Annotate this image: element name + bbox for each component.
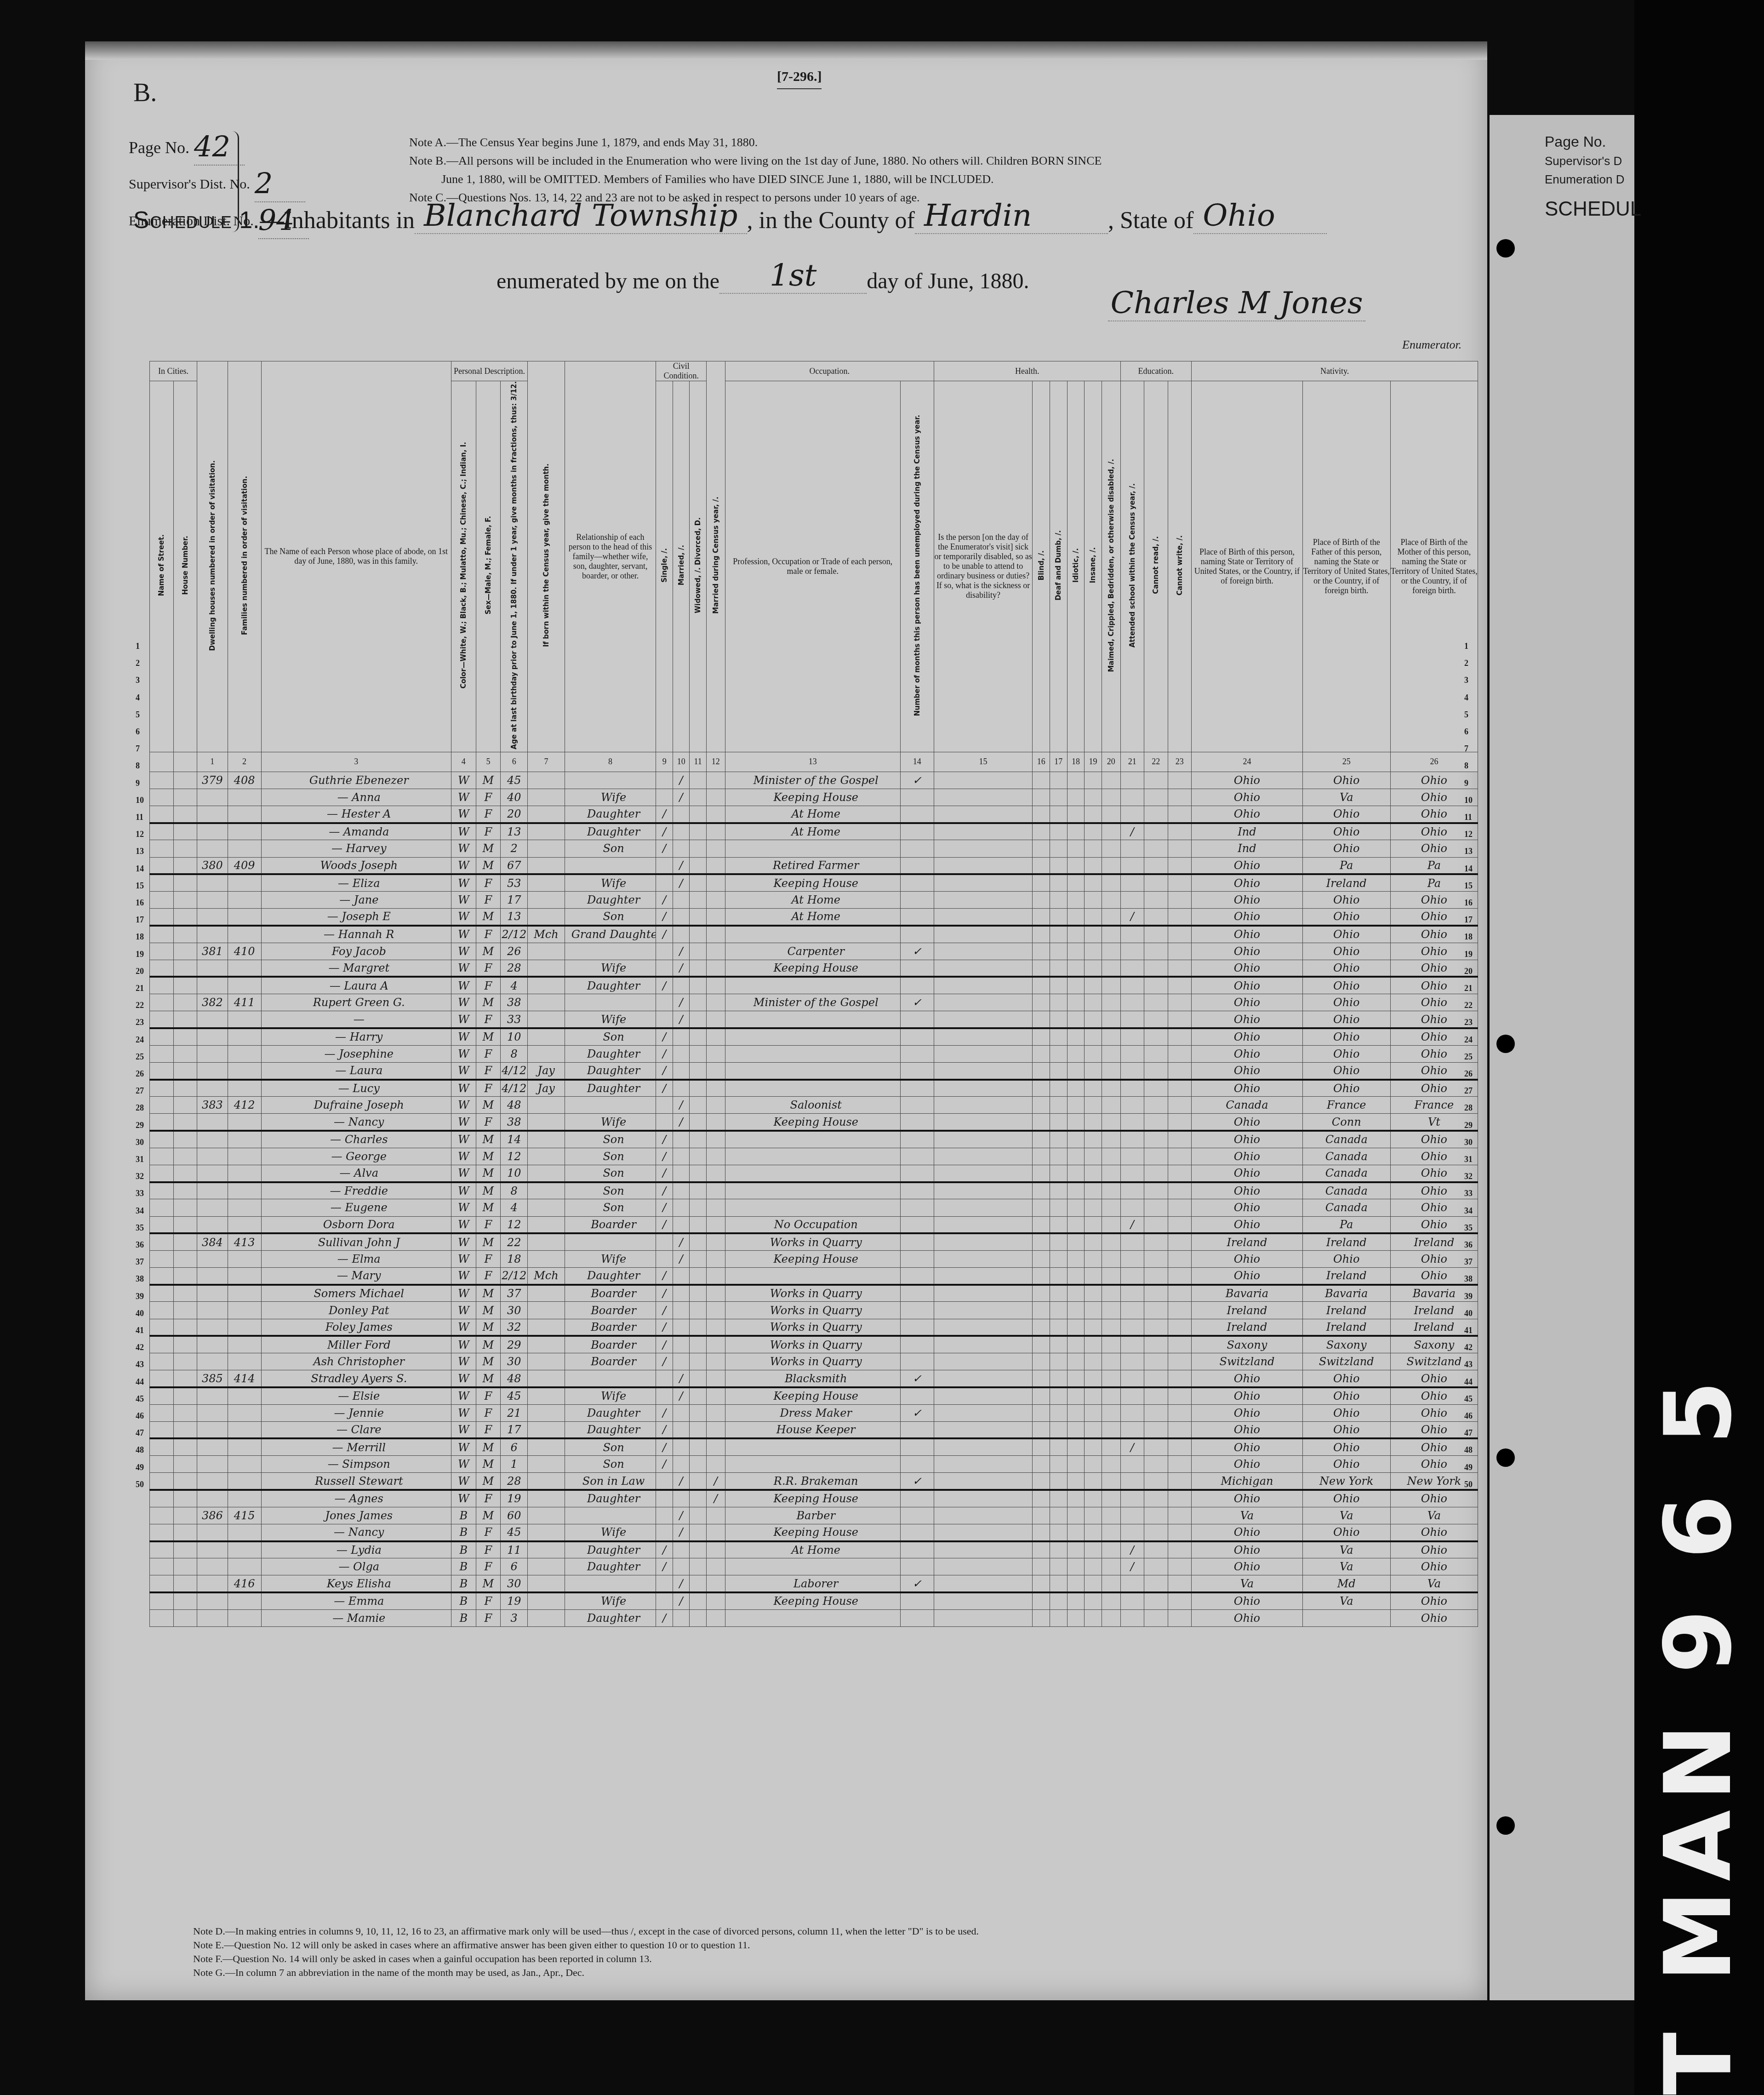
dwelling-number: 379 — [197, 772, 228, 789]
months-unemployed — [900, 1097, 934, 1114]
maimed-mark — [1102, 1456, 1120, 1473]
maimed-mark — [1102, 1336, 1120, 1353]
sex-code: M — [476, 1319, 501, 1336]
person-name: — Elma — [261, 1250, 451, 1267]
occupation: Saloonist — [725, 1097, 900, 1114]
street-cell — [150, 1080, 174, 1097]
birth-month — [528, 1575, 565, 1592]
birthplace-person: Bavaria — [1192, 1285, 1303, 1302]
married-mark: / — [673, 994, 690, 1011]
street-cell — [150, 1182, 174, 1199]
occupation: Works in Quarry — [725, 1302, 900, 1319]
maimed-mark — [1102, 926, 1120, 943]
single-mark — [656, 1114, 673, 1131]
cannot-write-mark — [1168, 1097, 1192, 1114]
birthplace-person: Ohio — [1192, 1592, 1303, 1609]
insane-mark — [1085, 789, 1102, 806]
line-number: 13 — [136, 847, 144, 856]
widowed-mark — [690, 1319, 707, 1336]
person-name: — Anna — [261, 789, 451, 806]
insane-mark — [1085, 1490, 1102, 1507]
person-name: Foley James — [261, 1319, 451, 1336]
school-mark — [1120, 1285, 1144, 1302]
line-number: 19 — [1464, 950, 1473, 959]
family-number — [228, 1285, 261, 1302]
months-unemployed — [900, 1285, 934, 1302]
dwelling-number: 380 — [197, 857, 228, 874]
table-row: — ElizaWF53Wife/Keeping HouseOhioIreland… — [150, 874, 1478, 891]
line-number: 14 — [136, 864, 144, 874]
sex-code: M — [476, 1575, 501, 1592]
birthplace-father: Saxony — [1302, 1336, 1390, 1353]
sex-code: F — [476, 1490, 501, 1507]
relationship: Son — [565, 1028, 656, 1045]
school-mark — [1120, 1268, 1144, 1285]
age-value: 14 — [501, 1131, 528, 1148]
column-number: 7 — [528, 752, 565, 772]
house-cell — [173, 1575, 197, 1592]
months-unemployed — [900, 857, 934, 874]
street-cell — [150, 1592, 174, 1609]
birthplace-person: Va — [1192, 1507, 1303, 1524]
cannot-write-mark — [1168, 840, 1192, 857]
adjacent-schedule-label: SCHEDUL — [1545, 198, 1641, 221]
house-cell — [173, 1097, 197, 1114]
idiotic-mark — [1067, 960, 1085, 977]
age-value: 6 — [501, 1558, 528, 1575]
birthplace-person: Ohio — [1192, 1028, 1303, 1045]
line-number: 44 — [1464, 1377, 1473, 1387]
column-number: 3 — [261, 752, 451, 772]
relationship: Wife — [565, 1011, 656, 1028]
microfilm-id-stamp: T MAN 9 6 5 0 — [1646, 1315, 1752, 2095]
color-code: W — [451, 1319, 476, 1336]
table-row: — EmmaBF19Wife/Keeping HouseOhioVaOhio — [150, 1592, 1478, 1609]
blind-mark — [1033, 806, 1050, 823]
insane-mark — [1085, 1609, 1102, 1626]
occupation: Keeping House — [725, 1387, 900, 1404]
married-mark — [673, 1285, 690, 1302]
married-year-mark — [706, 772, 725, 789]
married-year-mark — [706, 1268, 725, 1285]
table-row: — HarveyWM2Son/IndOhioOhio — [150, 840, 1478, 857]
person-name: — Alva — [261, 1165, 451, 1182]
married-mark — [673, 891, 690, 908]
form-number: [7-296.] — [777, 69, 822, 89]
family-number — [228, 1011, 261, 1028]
months-unemployed — [900, 1028, 934, 1045]
widowed-mark — [690, 1404, 707, 1421]
widowed-mark — [690, 772, 707, 789]
idiotic-mark — [1067, 1370, 1085, 1387]
color-code: W — [451, 943, 476, 960]
idiotic-mark — [1067, 1080, 1085, 1097]
sex-code: F — [476, 1045, 501, 1062]
married-mark: / — [673, 874, 690, 891]
column-number: 11 — [690, 752, 707, 772]
widowed-mark — [690, 1473, 707, 1490]
line-number: 47 — [136, 1428, 144, 1438]
birthplace-person: Saxony — [1192, 1336, 1303, 1353]
relationship: Wife — [565, 1387, 656, 1404]
sickness — [934, 1421, 1033, 1438]
months-unemployed — [900, 1456, 934, 1473]
sex-code: M — [476, 1028, 501, 1045]
sex-code: F — [476, 1609, 501, 1626]
widowed-mark — [690, 1097, 707, 1114]
relationship: Daughter — [565, 1045, 656, 1062]
single-mark: / — [656, 1148, 673, 1165]
house-cell — [173, 1199, 197, 1216]
table-row: — JennieWF21Daughter/Dress Maker✓OhioOhi… — [150, 1404, 1478, 1421]
cannot-read-mark — [1144, 1592, 1168, 1609]
sex-code: F — [476, 1421, 501, 1438]
birthplace-mother: Ohio — [1390, 1541, 1478, 1558]
age-value: 3 — [501, 1609, 528, 1626]
cannot-write-mark — [1168, 1148, 1192, 1165]
birthplace-mother: Ohio — [1390, 1490, 1478, 1507]
birthplace-father: Ohio — [1302, 960, 1390, 977]
header-sex: Sex—Male, M.; Female, F. — [476, 381, 501, 752]
cannot-write-mark — [1168, 1319, 1192, 1336]
cannot-write-mark — [1168, 1473, 1192, 1490]
months-unemployed — [900, 1438, 934, 1455]
line-number: 7 — [136, 744, 140, 754]
months-unemployed — [900, 789, 934, 806]
blind-mark — [1033, 1199, 1050, 1216]
blind-mark — [1033, 1609, 1050, 1626]
family-number — [228, 977, 261, 994]
married-year-mark — [706, 891, 725, 908]
family-number — [228, 1062, 261, 1079]
line-number: 23 — [1464, 1018, 1473, 1027]
age-value: 4 — [501, 1199, 528, 1216]
sickness — [934, 1438, 1033, 1455]
birthplace-person: Ireland — [1192, 1302, 1303, 1319]
school-mark — [1120, 1199, 1144, 1216]
birthplace-person: Ohio — [1192, 1609, 1303, 1626]
birthplace-person: Ohio — [1192, 943, 1303, 960]
months-unemployed — [900, 1114, 934, 1131]
deaf-mark — [1050, 1097, 1068, 1114]
maimed-mark — [1102, 1131, 1120, 1148]
dwelling-number — [197, 1028, 228, 1045]
relationship: Son — [565, 1199, 656, 1216]
cannot-read-mark — [1144, 823, 1168, 840]
family-number — [228, 1302, 261, 1319]
line-number: 33 — [136, 1189, 144, 1198]
sex-code: M — [476, 909, 501, 926]
relationship: Daughter — [565, 1490, 656, 1507]
family-number: 416 — [228, 1575, 261, 1592]
birth-month: Mch — [528, 926, 565, 943]
widowed-mark — [690, 1182, 707, 1199]
line-number: 44 — [136, 1377, 144, 1387]
deaf-mark — [1050, 1250, 1068, 1267]
line-number: 31 — [1464, 1155, 1473, 1164]
family-number — [228, 1456, 261, 1473]
birthplace-person: Ohio — [1192, 1114, 1303, 1131]
occupation — [725, 1456, 900, 1473]
table-row: — OlgaBF6Daughter//OhioVaOhio — [150, 1558, 1478, 1575]
birth-month — [528, 1404, 565, 1421]
street-cell — [150, 1114, 174, 1131]
table-row: 386415Jones JamesBM60/BarberVaVaVa — [150, 1507, 1478, 1524]
maimed-mark — [1102, 1114, 1120, 1131]
sickness — [934, 1473, 1033, 1490]
relationship: Wife — [565, 1524, 656, 1541]
cannot-read-mark — [1144, 840, 1168, 857]
age-value: 6 — [501, 1438, 528, 1455]
blind-mark — [1033, 1319, 1050, 1336]
cannot-write-mark — [1168, 1182, 1192, 1199]
insane-mark — [1085, 1524, 1102, 1541]
maimed-mark — [1102, 1421, 1120, 1438]
idiotic-mark — [1067, 1592, 1085, 1609]
birthplace-person: Ohio — [1192, 909, 1303, 926]
widowed-mark — [690, 1541, 707, 1558]
maimed-mark — [1102, 891, 1120, 908]
house-cell — [173, 1404, 197, 1421]
widowed-mark — [690, 1438, 707, 1455]
relationship: Daughter — [565, 1541, 656, 1558]
line-number: 11 — [1464, 813, 1472, 822]
idiotic-mark — [1067, 1473, 1085, 1490]
house-cell — [173, 1438, 197, 1455]
cannot-write-mark — [1168, 1387, 1192, 1404]
idiotic-mark — [1067, 806, 1085, 823]
sex-code: F — [476, 891, 501, 908]
column-number: 5 — [476, 752, 501, 772]
single-mark — [656, 1097, 673, 1114]
birthplace-father: Ohio — [1302, 1456, 1390, 1473]
table-row: — AmandaWF13Daughter/At Home/IndOhioOhio — [150, 823, 1478, 840]
table-row: Ash ChristopherWM30Boarder/Works in Quar… — [150, 1353, 1478, 1370]
line-number: 30 — [1464, 1138, 1473, 1147]
insane-mark — [1085, 1182, 1102, 1199]
dwelling-number — [197, 823, 228, 840]
widowed-mark — [690, 1114, 707, 1131]
cannot-write-mark — [1168, 926, 1192, 943]
cannot-write-mark — [1168, 1268, 1192, 1285]
idiotic-mark — [1067, 823, 1085, 840]
married-mark: / — [673, 1114, 690, 1131]
deaf-mark — [1050, 1456, 1068, 1473]
widowed-mark — [690, 857, 707, 874]
color-code: B — [451, 1575, 476, 1592]
married-year-mark — [706, 874, 725, 891]
birthplace-father: Pa — [1302, 857, 1390, 874]
single-mark: / — [656, 806, 673, 823]
sickness — [934, 1353, 1033, 1370]
dwelling-number — [197, 1592, 228, 1609]
maimed-mark — [1102, 1387, 1120, 1404]
line-number: 18 — [136, 932, 144, 942]
maimed-mark — [1102, 772, 1120, 789]
relationship — [565, 943, 656, 960]
birthplace-person: Ohio — [1192, 1250, 1303, 1267]
person-name: Ash Christopher — [261, 1353, 451, 1370]
street-cell — [150, 1131, 174, 1148]
line-number: 42 — [1464, 1343, 1473, 1352]
birthplace-father: Ohio — [1302, 1028, 1390, 1045]
birthplace-father: Va — [1302, 1541, 1390, 1558]
married-year-mark — [706, 806, 725, 823]
schedule-title: Schedule 1. — [133, 206, 260, 234]
cannot-read-mark — [1144, 960, 1168, 977]
idiotic-mark — [1067, 1131, 1085, 1148]
cannot-write-mark — [1168, 1575, 1192, 1592]
occupation: Blacksmith — [725, 1370, 900, 1387]
color-code: W — [451, 874, 476, 891]
birthplace-person: Ohio — [1192, 994, 1303, 1011]
header-born-month: If born within the Census year, give the… — [528, 361, 565, 752]
birthplace-father: Canada — [1302, 1131, 1390, 1148]
school-mark — [1120, 1456, 1144, 1473]
state-value: Ohio — [1193, 198, 1327, 234]
birth-month — [528, 1131, 565, 1148]
maimed-mark — [1102, 1011, 1120, 1028]
married-mark: / — [673, 1233, 690, 1250]
birthplace-father: Ohio — [1302, 1524, 1390, 1541]
insane-mark — [1085, 1062, 1102, 1079]
person-name: Miller Ford — [261, 1336, 451, 1353]
table-row: Osborn DoraWF12Boarder/No Occupation/Ohi… — [150, 1216, 1478, 1233]
dwelling-number — [197, 1199, 228, 1216]
birthplace-mother: Ohio — [1390, 1558, 1478, 1575]
blind-mark — [1033, 1558, 1050, 1575]
occupation — [725, 1438, 900, 1455]
sickness — [934, 1028, 1033, 1045]
family-number — [228, 1404, 261, 1421]
idiotic-mark — [1067, 1404, 1085, 1421]
married-mark: / — [673, 1575, 690, 1592]
maimed-mark — [1102, 1558, 1120, 1575]
family-number: 413 — [228, 1233, 261, 1250]
family-number — [228, 960, 261, 977]
line-number: 33 — [1464, 1189, 1473, 1198]
color-code: W — [451, 1165, 476, 1182]
person-name: Osborn Dora — [261, 1216, 451, 1233]
color-code: W — [451, 789, 476, 806]
table-row: — Hannah RWF2/12MchGrand Daughter/OhioOh… — [150, 926, 1478, 943]
relationship: Daughter — [565, 977, 656, 994]
street-cell — [150, 977, 174, 994]
age-value: 2/12 — [501, 926, 528, 943]
dwelling-number: 385 — [197, 1370, 228, 1387]
months-unemployed — [900, 1250, 934, 1267]
street-cell — [150, 1421, 174, 1438]
widowed-mark — [690, 1524, 707, 1541]
person-name: Stradley Ayers S. — [261, 1370, 451, 1387]
sex-code: M — [476, 1370, 501, 1387]
widowed-mark — [690, 1131, 707, 1148]
maimed-mark — [1102, 960, 1120, 977]
months-unemployed — [900, 1421, 934, 1438]
birthplace-person: Ohio — [1192, 1148, 1303, 1165]
maimed-mark — [1102, 806, 1120, 823]
family-number — [228, 1131, 261, 1148]
column-number: 16 — [1033, 752, 1050, 772]
birthplace-father: Ohio — [1302, 1045, 1390, 1062]
line-number: 41 — [136, 1326, 144, 1335]
dwelling-number — [197, 789, 228, 806]
dwelling-number — [197, 1387, 228, 1404]
line-number: 40 — [136, 1309, 144, 1318]
single-mark: / — [656, 1609, 673, 1626]
married-year-mark — [706, 1199, 725, 1216]
color-code: W — [451, 1370, 476, 1387]
insane-mark — [1085, 1353, 1102, 1370]
cannot-write-mark — [1168, 1011, 1192, 1028]
cannot-write-mark — [1168, 1421, 1192, 1438]
dwelling-number — [197, 1062, 228, 1079]
deaf-mark — [1050, 1131, 1068, 1148]
family-number: 414 — [228, 1370, 261, 1387]
dwelling-number — [197, 1473, 228, 1490]
person-name: — Harry — [261, 1028, 451, 1045]
birth-month — [528, 1114, 565, 1131]
table-row: — SimpsonWM1Son/OhioOhioOhio — [150, 1456, 1478, 1473]
deaf-mark — [1050, 1268, 1068, 1285]
table-row: — MerrillWM6Son//OhioOhioOhio — [150, 1438, 1478, 1455]
single-mark — [656, 1011, 673, 1028]
cannot-read-mark — [1144, 943, 1168, 960]
cannot-read-mark — [1144, 1404, 1168, 1421]
married-mark — [673, 1609, 690, 1626]
birthplace-person: Ohio — [1192, 1131, 1303, 1148]
birth-month — [528, 1456, 565, 1473]
occupation: Works in Quarry — [725, 1285, 900, 1302]
column-number: 14 — [900, 752, 934, 772]
married-mark: / — [673, 772, 690, 789]
house-cell — [173, 891, 197, 908]
line-number: 21 — [136, 984, 144, 993]
insane-mark — [1085, 1114, 1102, 1131]
birthplace-father: Ohio — [1302, 806, 1390, 823]
person-name: Woods Joseph — [261, 857, 451, 874]
sex-code: F — [476, 1404, 501, 1421]
relationship — [565, 1233, 656, 1250]
blind-mark — [1033, 994, 1050, 1011]
single-mark — [656, 874, 673, 891]
column-number: 2 — [228, 752, 261, 772]
maimed-mark — [1102, 1438, 1120, 1455]
birthplace-mother: Va — [1390, 1507, 1478, 1524]
deaf-mark — [1050, 1028, 1068, 1045]
months-unemployed: ✓ — [900, 772, 934, 789]
birth-month — [528, 1592, 565, 1609]
insane-mark — [1085, 806, 1102, 823]
single-mark: / — [656, 909, 673, 926]
insane-mark — [1085, 1268, 1102, 1285]
idiotic-mark — [1067, 1250, 1085, 1267]
birthplace-father: Ohio — [1302, 1011, 1390, 1028]
idiotic-mark — [1067, 1216, 1085, 1233]
dwelling-number — [197, 1285, 228, 1302]
birthplace-father: Md — [1302, 1575, 1390, 1592]
cannot-read-mark — [1144, 789, 1168, 806]
deaf-mark — [1050, 1285, 1068, 1302]
house-cell — [173, 1045, 197, 1062]
house-cell — [173, 1353, 197, 1370]
house-cell — [173, 1250, 197, 1267]
age-value: 21 — [501, 1404, 528, 1421]
occupation: Works in Quarry — [725, 1233, 900, 1250]
single-mark: / — [656, 1165, 673, 1182]
months-unemployed — [900, 977, 934, 994]
street-cell — [150, 1011, 174, 1028]
